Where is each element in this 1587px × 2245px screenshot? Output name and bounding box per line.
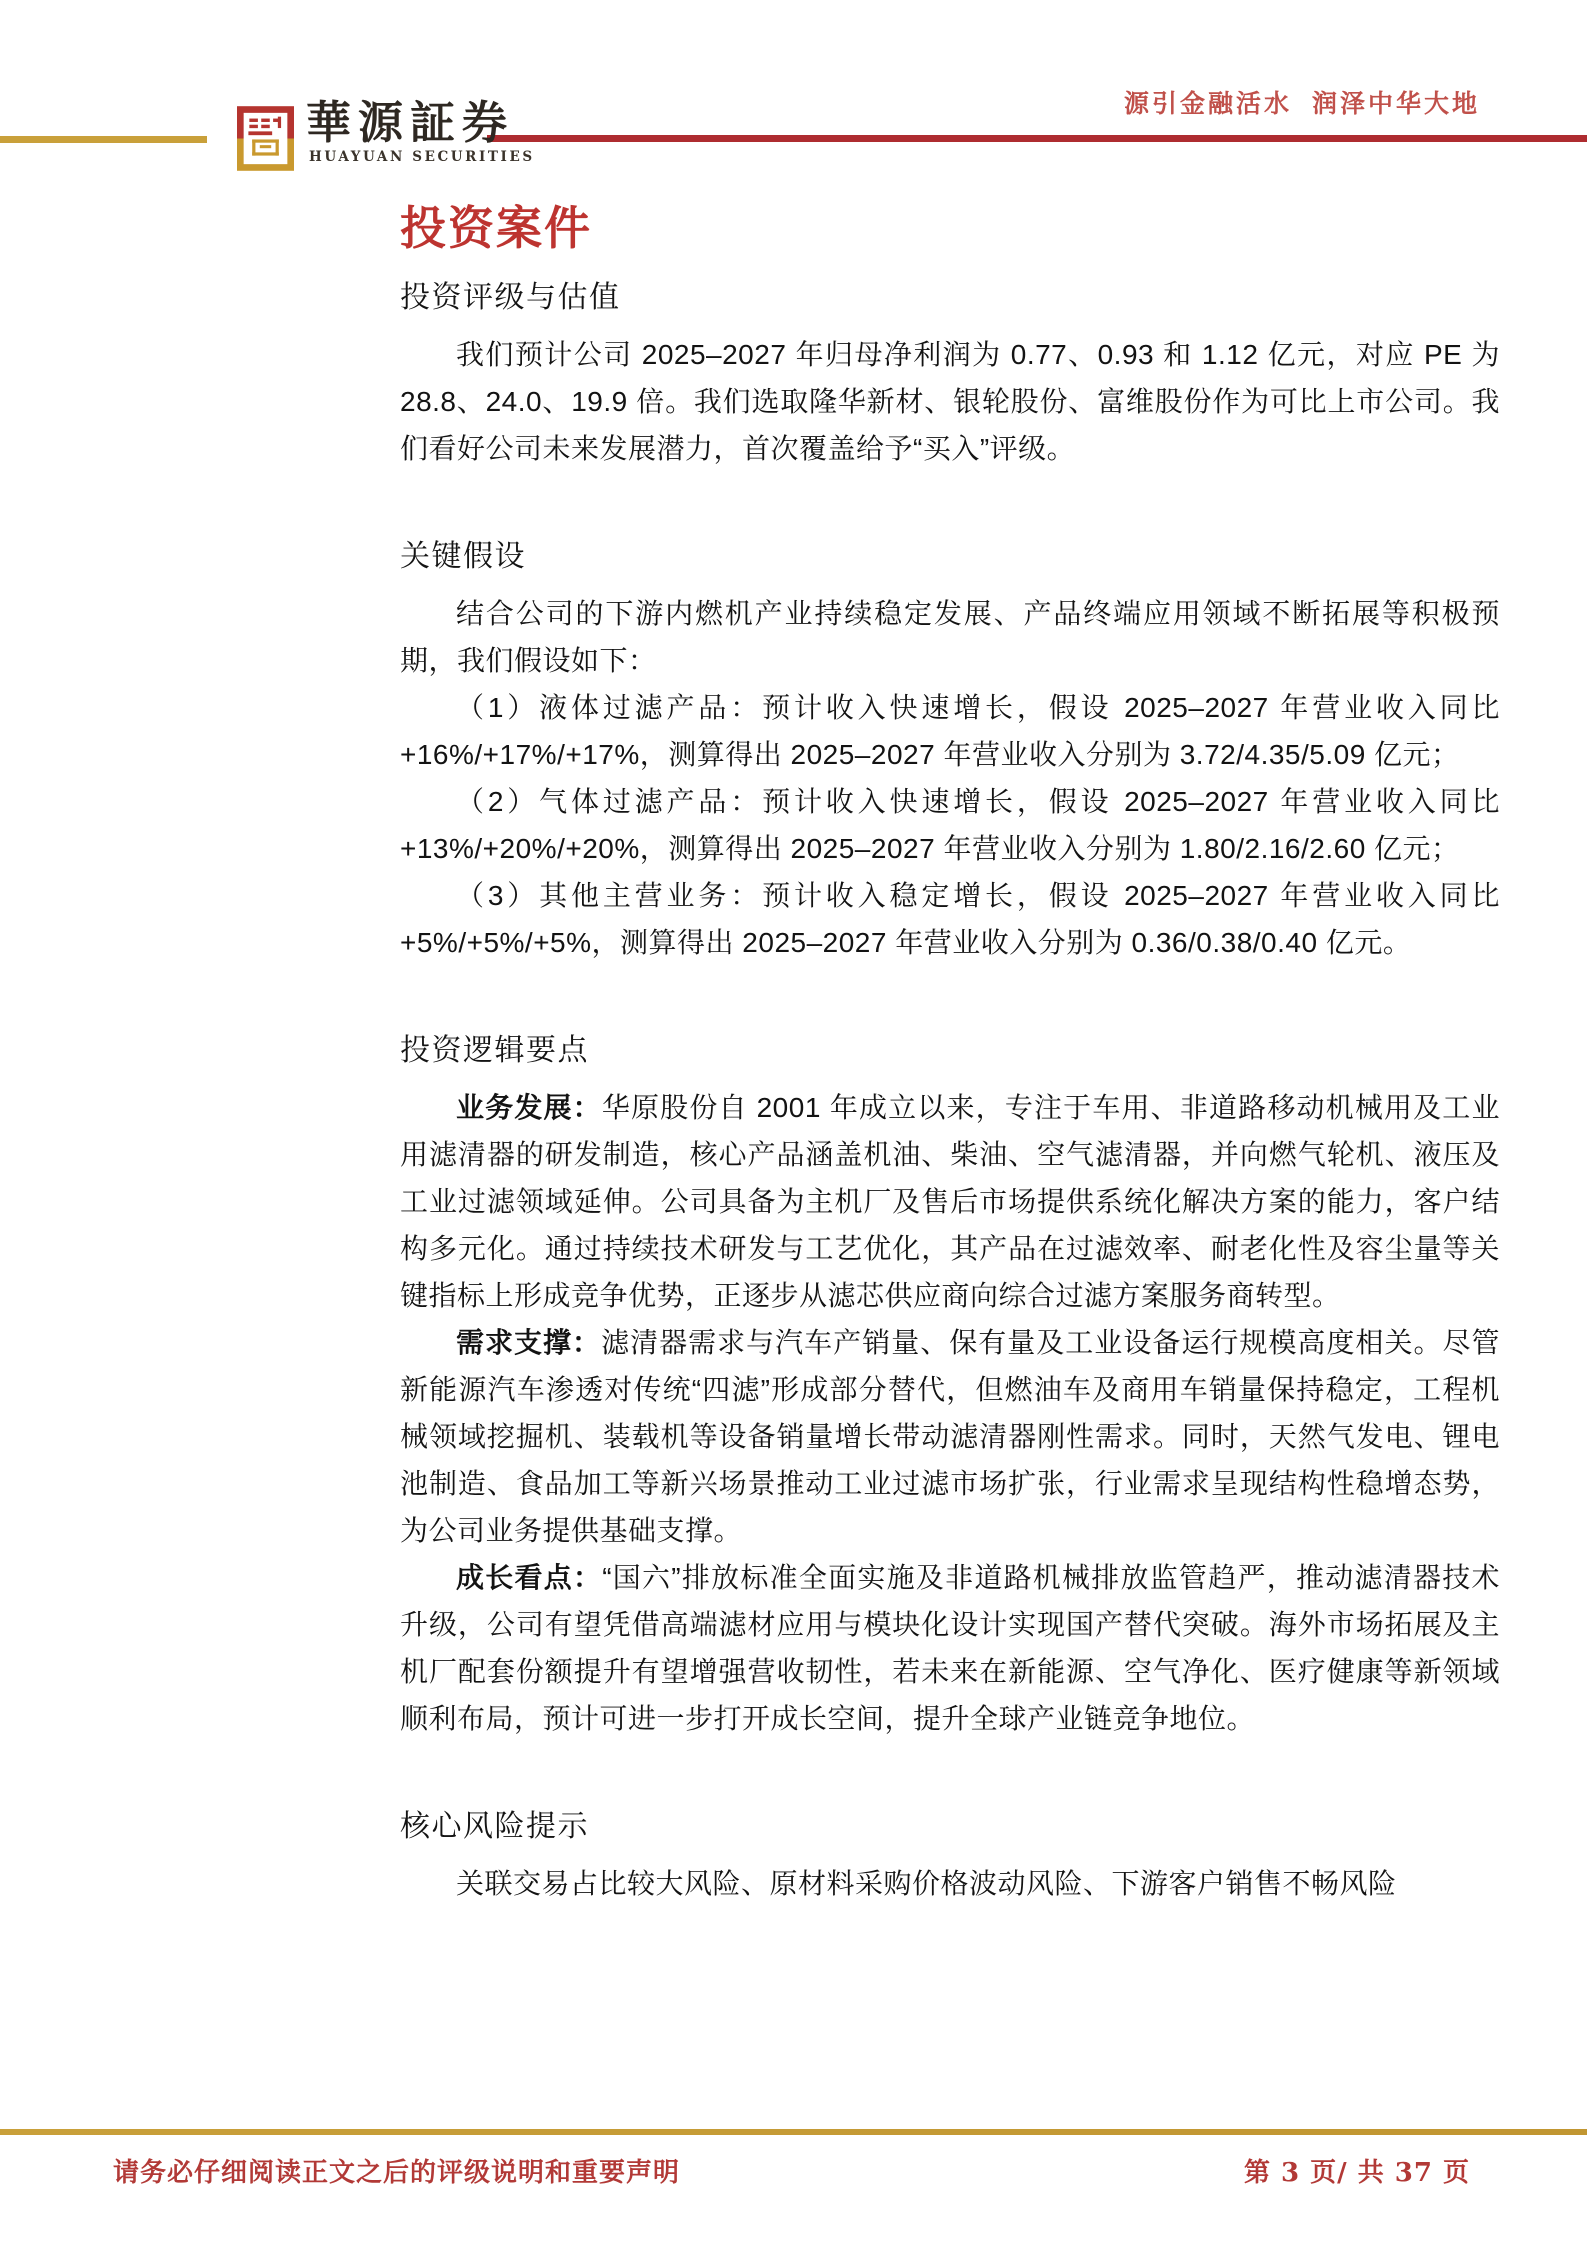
- section-paragraphs: 业务发展：华原股份自 2001 年成立以来，专注于车用、非道路移动机械用及工业用…: [400, 1084, 1500, 1742]
- logo-chinese-name: 華源証券: [306, 98, 514, 148]
- header-red-rule: [487, 135, 1587, 142]
- huayuan-seal-logo-icon: [237, 106, 294, 171]
- body-paragraph: （3）其他主营业务：预计收入稳定增长，假设 2025–2027 年营业收入同比+…: [400, 872, 1500, 966]
- paragraph-lead: 成长看点：: [456, 1562, 602, 1593]
- body-paragraph: 关联交易占比较大风险、原材料采购价格波动风险、下游客户销售不畅风险: [400, 1860, 1500, 1907]
- body-paragraph: （1）液体过滤产品：预计收入快速增长，假设 2025–2027 年营业收入同比+…: [400, 684, 1500, 778]
- section-heading: 投资评级与估值: [400, 281, 1500, 315]
- section-heading: 关键假设: [400, 540, 1500, 574]
- logo-english-name: HUAYUAN SECURITIES: [309, 149, 535, 165]
- header-slogan: 源引金融活水润泽中华大地: [1124, 84, 1480, 120]
- slogan-left: 源引金融活水: [1124, 89, 1292, 118]
- body-paragraph: （2）气体过滤产品：预计收入快速增长，假设 2025–2027 年营业收入同比+…: [400, 778, 1500, 872]
- slogan-right: 润泽中华大地: [1312, 89, 1480, 118]
- report-body: 投资案件 投资评级与估值我们预计公司 2025–2027 年归母净利润为 0.7…: [400, 203, 1500, 1907]
- body-paragraph: 结合公司的下游内燃机产业持续稳定发展、产品终端应用领域不断拓展等积极预期，我们假…: [400, 590, 1500, 684]
- section-paragraphs: 结合公司的下游内燃机产业持续稳定发展、产品终端应用领域不断拓展等积极预期，我们假…: [400, 590, 1500, 966]
- section-heading: 核心风险提示: [400, 1810, 1500, 1844]
- body-paragraph: 需求支撑：滤清器需求与汽车产销量、保有量及工业设备运行规模高度相关。尽管新能源汽…: [400, 1319, 1500, 1554]
- body-paragraph: 我们预计公司 2025–2027 年归母净利润为 0.77、0.93 和 1.1…: [400, 331, 1500, 472]
- section-paragraphs: 我们预计公司 2025–2027 年归母净利润为 0.77、0.93 和 1.1…: [400, 331, 1500, 472]
- footer-gold-rule: [0, 2129, 1587, 2135]
- section-heading: 投资逻辑要点: [400, 1034, 1500, 1068]
- section-paragraphs: 关联交易占比较大风险、原材料采购价格波动风险、下游客户销售不畅风险: [400, 1860, 1500, 1907]
- paragraph-lead: 业务发展：: [456, 1092, 602, 1123]
- page-title: 投资案件: [400, 203, 1500, 253]
- footer-disclaimer: 请务必仔细阅读正文之后的评级说明和重要声明: [113, 2152, 680, 2189]
- body-paragraph: 业务发展：华原股份自 2001 年成立以来，专注于车用、非道路移动机械用及工业用…: [400, 1084, 1500, 1319]
- paragraph-lead: 需求支撑：: [456, 1327, 601, 1358]
- header-gold-rule: [0, 136, 207, 143]
- report-page: 華源証券 HUAYUAN SECURITIES 源引金融活水润泽中华大地 投资案…: [0, 0, 1587, 2245]
- body-paragraph: 成长看点：“国六”排放标准全面实施及非道路机械排放监管趋严，推动滤清器技术升级，…: [400, 1554, 1500, 1742]
- sections: 投资评级与估值我们预计公司 2025–2027 年归母净利润为 0.77、0.9…: [400, 281, 1500, 1907]
- footer-page-number: 第 3 页/ 共 37 页: [1244, 2152, 1470, 2189]
